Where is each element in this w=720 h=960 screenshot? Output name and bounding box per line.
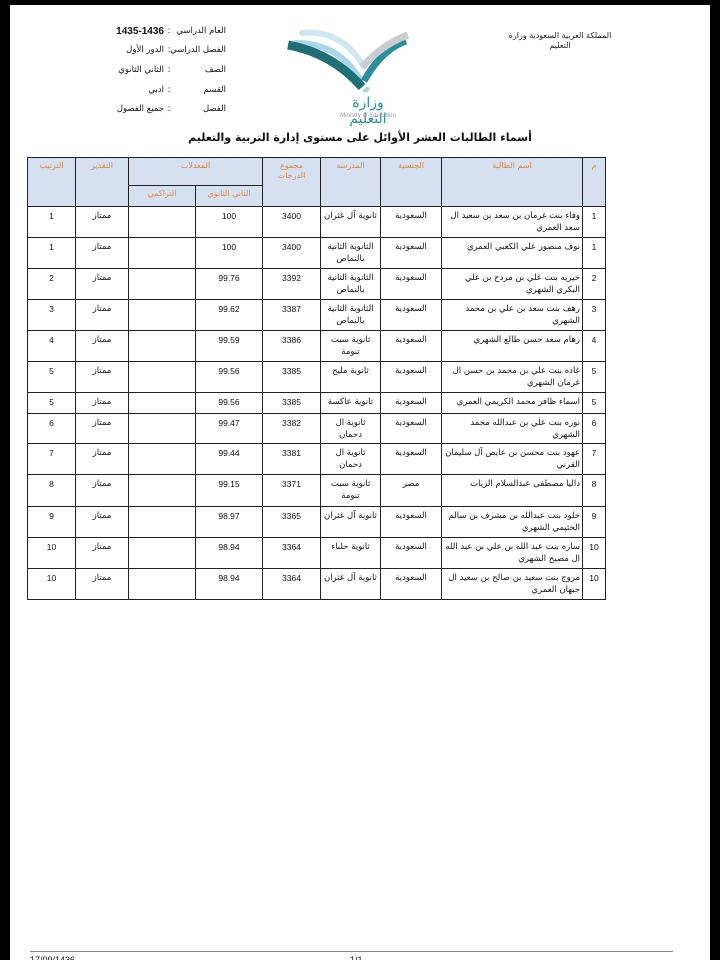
- avg-cumulative: [129, 538, 196, 569]
- school: ثانوية حلباء: [321, 538, 381, 569]
- total-score: 3400: [263, 238, 321, 269]
- table-row: 6نوره بنت علي بن عبدالله محمد الشهريالسع…: [28, 414, 606, 444]
- nationality: السعودية: [381, 362, 442, 393]
- col-header-name: اسم الطالبة: [442, 158, 583, 207]
- avg-second: 98.94: [196, 538, 263, 569]
- col-header-nationality: الجنسية: [381, 158, 442, 207]
- row-index: 2: [583, 269, 606, 300]
- col-header-index: م: [583, 158, 606, 207]
- row-index: 6: [583, 414, 606, 444]
- total-score: 3364: [263, 569, 321, 600]
- col-header-avg-second: الثاني الثانوي: [196, 186, 263, 207]
- col-header-rank: الترتيب: [28, 158, 76, 207]
- row-index: 10: [583, 538, 606, 569]
- total-score: 3392: [263, 269, 321, 300]
- col-header-total: مجموع الدرجات: [263, 158, 321, 207]
- school: ثانوية مليح: [321, 362, 381, 393]
- student-name: وفاء بنت غرمان بن سعد بن سعيد ال سعد الع…: [442, 207, 583, 238]
- student-name: غاده بنت علي بن محمد بن حسن ال غرمان الش…: [442, 362, 583, 393]
- table-row: 10مروج بنت سعيد بن صالح بن سعيد ال جبهان…: [28, 569, 606, 600]
- row-index: 1: [583, 207, 606, 238]
- info-value: جميع الفصول: [117, 104, 164, 114]
- rank: 1: [28, 207, 76, 238]
- student-name: نوره بنت علي بن عبدالله محمد الشهري: [442, 414, 583, 444]
- logo-arabic-text: وزارة التعليم: [332, 95, 404, 127]
- col-header-avg-cumulative: التراكمي: [129, 186, 196, 207]
- grade: ممتاز: [76, 444, 129, 475]
- total-score: 3385: [263, 393, 321, 414]
- student-name: ساره بنت عبد الله بن علي بن عبد الله ال …: [442, 538, 583, 569]
- ministry-name: المملكة العربية السعودية وزارة التعليم: [500, 31, 620, 51]
- row-index: 3: [583, 300, 606, 331]
- table-row: 4رهام سعد حسن طالع الشهريالسعوديةثانوية …: [28, 331, 606, 362]
- total-score: 3386: [263, 331, 321, 362]
- info-label: الصف: [174, 65, 226, 75]
- student-name: رهام سعد حسن طالع الشهري: [442, 331, 583, 362]
- avg-second: 99.44: [196, 444, 263, 475]
- avg-second: 99.56: [196, 393, 263, 414]
- nationality: السعودية: [381, 331, 442, 362]
- student-name: مروج بنت سعيد بن صالح بن سعيد ال جبهان ا…: [442, 569, 583, 600]
- rank: 10: [28, 538, 76, 569]
- avg-cumulative: [129, 300, 196, 331]
- nationality: السعودية: [381, 393, 442, 414]
- avg-second: 100: [196, 207, 263, 238]
- grade: ممتاز: [76, 393, 129, 414]
- school: ثانوية آل غثران: [321, 507, 381, 538]
- row-index: 10: [583, 569, 606, 600]
- school: ثانوية ال دحمان: [321, 444, 381, 475]
- school: الثانوية الثانية بالنماص: [321, 300, 381, 331]
- footer-divider: [30, 951, 673, 952]
- row-index: 5: [583, 362, 606, 393]
- grade: ممتاز: [76, 238, 129, 269]
- info-value: 1435-1436: [116, 26, 164, 37]
- table-row: 8داليا مصطفى عبدالسلام الزياتمصرثانوية س…: [28, 475, 606, 507]
- info-class: الفصل : جميع الفصول: [106, 102, 226, 116]
- total-score: 3387: [263, 300, 321, 331]
- info-value: ادبي: [148, 85, 164, 95]
- nationality: السعودية: [381, 300, 442, 331]
- student-name: خيريه بنت علي بن مردح بن علي البكري الشه…: [442, 269, 583, 300]
- rank: 5: [28, 362, 76, 393]
- row-index: 8: [583, 475, 606, 507]
- info-section: القسم : ادبي: [106, 83, 226, 97]
- info-label: العام الدراسي: [174, 26, 226, 36]
- nationality: السعودية: [381, 444, 442, 475]
- nationality: السعودية: [381, 569, 442, 600]
- row-index: 9: [583, 507, 606, 538]
- logo-english-text: Ministry of Education: [332, 113, 404, 119]
- table-row: 1نوف منصور علي الكعبي العمريالسعوديةالثا…: [28, 238, 606, 269]
- avg-second: 99.62: [196, 300, 263, 331]
- col-header-school: المدرسة: [321, 158, 381, 207]
- total-score: 3364: [263, 538, 321, 569]
- school: ثانوية آل غثران: [321, 207, 381, 238]
- footer-date: 17/09/1436: [30, 955, 75, 960]
- total-score: 3385: [263, 362, 321, 393]
- total-score: 3382: [263, 414, 321, 444]
- school: الثانوية الثانية بالنماص: [321, 238, 381, 269]
- student-name: رهف بنت سعد بن علي بن محمد الشهري: [442, 300, 583, 331]
- student-name: داليا مصطفى عبدالسلام الزيات: [442, 475, 583, 507]
- total-score: 3371: [263, 475, 321, 507]
- footer-page-number: 1/1: [350, 955, 363, 960]
- student-name: خلود بنت عبدالله بن مشرف بن سالم الخثيمي…: [442, 507, 583, 538]
- nationality: مصر: [381, 475, 442, 507]
- grade: ممتاز: [76, 569, 129, 600]
- grade: ممتاز: [76, 362, 129, 393]
- table-row: 7عهود بنت محسن بن عايض آل سليمان القرنيا…: [28, 444, 606, 475]
- avg-cumulative: [129, 207, 196, 238]
- school: ثانوية عاكسة: [321, 393, 381, 414]
- total-score: 3365: [263, 507, 321, 538]
- student-name: اسماء ظافر محمد الكريمي العمري: [442, 393, 583, 414]
- grade: ممتاز: [76, 300, 129, 331]
- row-index: 7: [583, 444, 606, 475]
- total-score: 3381: [263, 444, 321, 475]
- rank: 9: [28, 507, 76, 538]
- avg-cumulative: [129, 414, 196, 444]
- avg-second: 100: [196, 238, 263, 269]
- school: الثانوية الثانية بالنماص: [321, 269, 381, 300]
- avg-cumulative: [129, 444, 196, 475]
- info-year: العام الدراسي : 1435-1436: [106, 24, 226, 38]
- total-score: 3400: [263, 207, 321, 238]
- rank: 10: [28, 569, 76, 600]
- school: ثانوية ال دحمان: [321, 414, 381, 444]
- table-row: 5غاده بنت علي بن محمد بن حسن ال غرمان ال…: [28, 362, 606, 393]
- nationality: السعودية: [381, 269, 442, 300]
- rank: 7: [28, 444, 76, 475]
- info-value: الثاني الثانوي: [118, 65, 164, 75]
- student-name: عهود بنت محسن بن عايض آل سليمان القرني: [442, 444, 583, 475]
- rank: 3: [28, 300, 76, 331]
- page-title: أسماء الطالبات العشر الأوائل على مستوى إ…: [110, 131, 610, 144]
- table-row: 3رهف بنت سعد بن علي بن محمد الشهريالسعود…: [28, 300, 606, 331]
- info-grade: الصف : الثاني الثانوي: [106, 63, 226, 77]
- rank: 4: [28, 331, 76, 362]
- row-index: 1: [583, 238, 606, 269]
- grade: ممتاز: [76, 269, 129, 300]
- table-row: 10ساره بنت عبد الله بن علي بن عبد الله ا…: [28, 538, 606, 569]
- avg-second: 99.59: [196, 331, 263, 362]
- col-header-grade: التقدير: [76, 158, 129, 207]
- row-index: 4: [583, 331, 606, 362]
- grade: ممتاز: [76, 538, 129, 569]
- avg-second: 98.97: [196, 507, 263, 538]
- grade: ممتاز: [76, 475, 129, 507]
- table-row: 5اسماء ظافر محمد الكريمي العمريالسعوديةث…: [28, 393, 606, 414]
- rank: 5: [28, 393, 76, 414]
- avg-second: 99.15: [196, 475, 263, 507]
- student-name: نوف منصور علي الكعبي العمري: [442, 238, 583, 269]
- school: ثانوية سبت تنومة: [321, 475, 381, 507]
- top-students-table: م اسم الطالبة الجنسية المدرسة مجموع الدر…: [27, 157, 606, 600]
- avg-cumulative: [129, 331, 196, 362]
- nationality: السعودية: [381, 507, 442, 538]
- avg-second: 99.47: [196, 414, 263, 444]
- nationality: السعودية: [381, 414, 442, 444]
- info-term: الفصل الدراسي : الدور الأول: [106, 43, 226, 57]
- school: ثانوية آل غثران: [321, 569, 381, 600]
- info-value: الدور الأول: [126, 45, 164, 55]
- grade: ممتاز: [76, 207, 129, 238]
- avg-second: 99.56: [196, 362, 263, 393]
- col-header-averages: المعدلات: [129, 158, 263, 186]
- avg-cumulative: [129, 269, 196, 300]
- avg-cumulative: [129, 362, 196, 393]
- nationality: السعودية: [381, 238, 442, 269]
- table-row: 9خلود بنت عبدالله بن مشرف بن سالم الخثيم…: [28, 507, 606, 538]
- info-label: الفصل: [174, 104, 226, 114]
- avg-cumulative: [129, 507, 196, 538]
- rank: 6: [28, 414, 76, 444]
- document-page: العام الدراسي : 1435-1436 الفصل الدراسي …: [10, 5, 710, 960]
- avg-cumulative: [129, 238, 196, 269]
- school: ثانوية سبت تنومة: [321, 331, 381, 362]
- grade: ممتاز: [76, 414, 129, 444]
- avg-second: 98.94: [196, 569, 263, 600]
- table-row: 2خيريه بنت علي بن مردح بن علي البكري الش…: [28, 269, 606, 300]
- info-label: القسم: [174, 85, 226, 95]
- rank: 8: [28, 475, 76, 507]
- avg-cumulative: [129, 475, 196, 507]
- table-row: 1وفاء بنت غرمان بن سعد بن سعيد ال سعد ال…: [28, 207, 606, 238]
- avg-cumulative: [129, 569, 196, 600]
- nationality: السعودية: [381, 207, 442, 238]
- rank: 2: [28, 269, 76, 300]
- row-index: 5: [583, 393, 606, 414]
- avg-cumulative: [129, 393, 196, 414]
- info-label: الفصل الدراسي: [174, 45, 226, 55]
- grade: ممتاز: [76, 331, 129, 362]
- rank: 1: [28, 238, 76, 269]
- grade: ممتاز: [76, 507, 129, 538]
- avg-second: 99.76: [196, 269, 263, 300]
- nationality: السعودية: [381, 538, 442, 569]
